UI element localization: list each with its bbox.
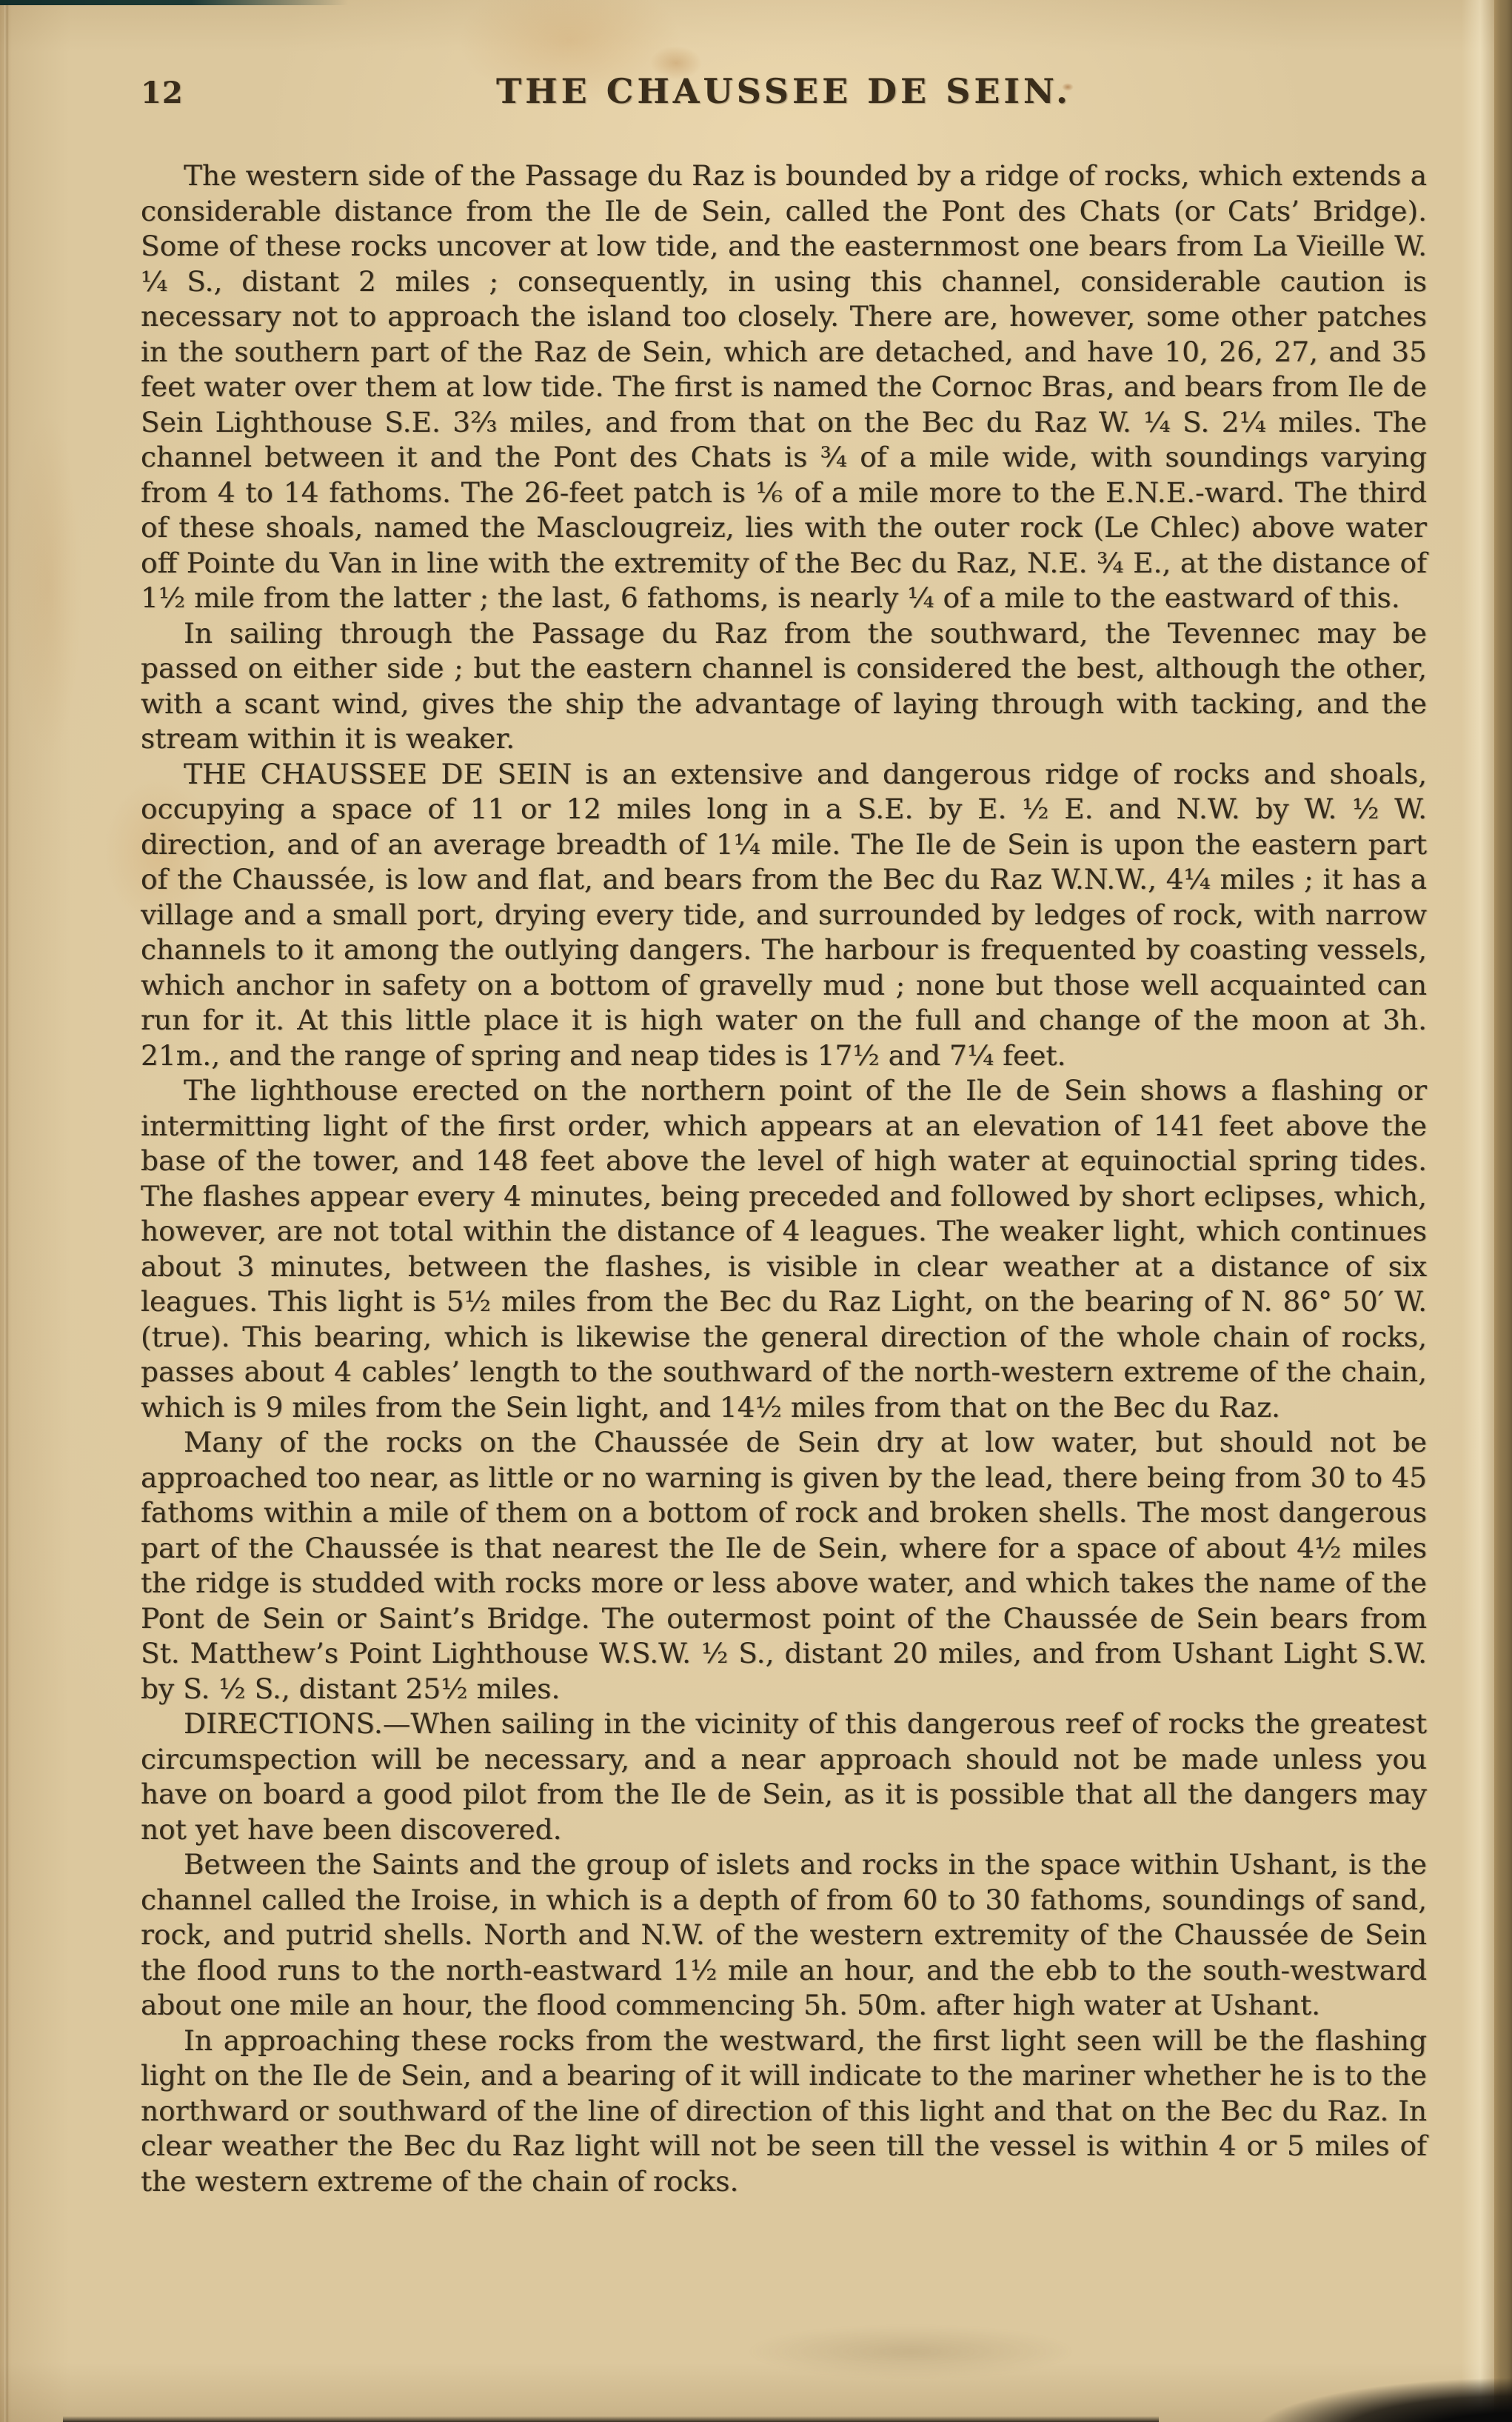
paragraph-chaussee-de-sein-description: THE CHAUSSEE DE SEIN is an extensive and… — [141, 757, 1427, 1074]
paper-stain — [15, 415, 81, 755]
left-page-crease — [4, 0, 9, 2422]
body-text: The western side of the Passage du Raz i… — [141, 159, 1427, 2199]
page-header: 12 THE CHAUSSEE DE SEIN. — [141, 71, 1427, 113]
page-number: 12 — [141, 76, 184, 110]
paragraph-lighthouse-ile-de-sein: The lighthouse erected on the northern p… — [141, 1073, 1427, 1425]
bottom-right-corner-shadow — [1097, 2363, 1512, 2422]
scanned-book-page: 12 THE CHAUSSEE DE SEIN. The western sid… — [0, 0, 1512, 2422]
adjacent-page-edge — [1494, 0, 1512, 2422]
paragraph-sailing-through-passage-du-raz: In sailing through the Passage du Raz fr… — [141, 616, 1427, 757]
top-binding-shadow — [0, 0, 348, 5]
paragraph-western-side-passage-du-raz: The western side of the Passage du Raz i… — [141, 159, 1427, 616]
paragraph-approaching-from-westward: In approaching these rocks from the west… — [141, 2024, 1427, 2200]
right-page-curl-highlight — [1462, 0, 1496, 2422]
ink-show-through-smudge — [748, 2326, 1074, 2378]
paragraph-iroise-channel: Between the Saints and the group of isle… — [141, 1847, 1427, 2024]
paragraph-rocks-dry-at-low-water: Many of the rocks on the Chaussée de Sei… — [141, 1425, 1427, 1707]
bottom-page-edge-shadow — [63, 2416, 1159, 2422]
paragraph-directions: DIRECTIONS.—When sailing in the vicinity… — [141, 1707, 1427, 1847]
running-title: THE CHAUSSEE DE SEIN. — [141, 71, 1427, 111]
